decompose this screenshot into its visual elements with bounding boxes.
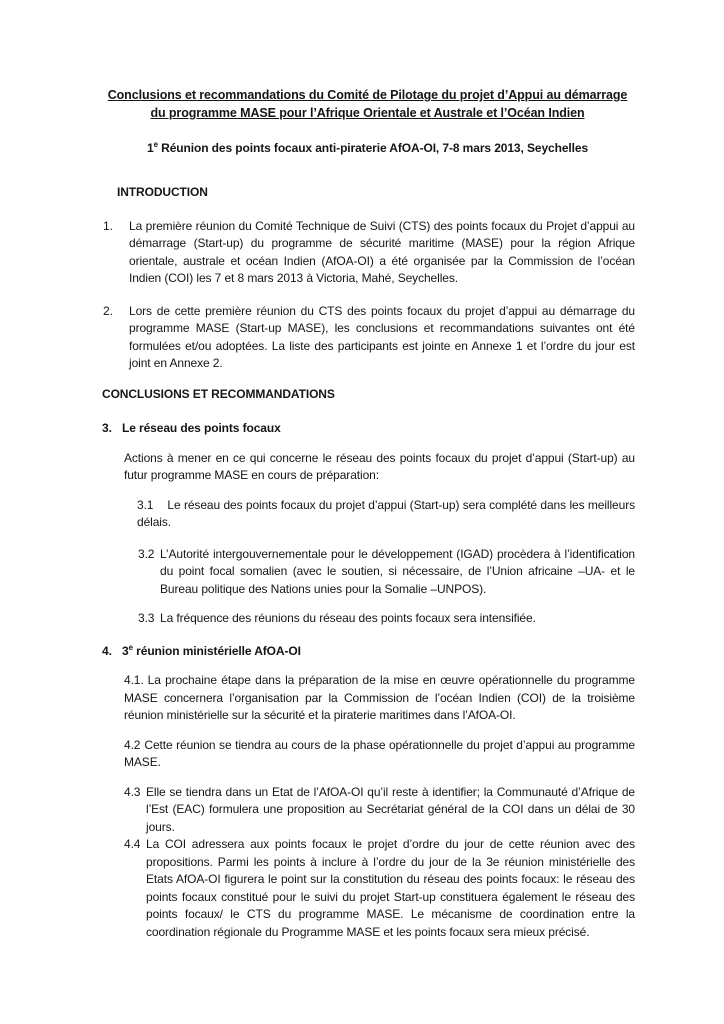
subitem-text: Le réseau des points focaux du projet d’… — [137, 498, 635, 530]
subitem-4-3: 4.3 Elle se tiendra dans un Etat de l’Af… — [124, 784, 635, 837]
section-title: 3e réunion ministérielle AfOA-OI — [122, 643, 635, 661]
subitem-text: Cette réunion se tiendra au cours de la … — [124, 738, 635, 770]
subitem-3-2: 3.2 L’Autorité intergouvernementale pour… — [138, 546, 635, 599]
paragraph-item-2: 2. Lors de cette première réunion du CTS… — [103, 303, 635, 373]
section-title: Le réseau des points focaux — [122, 420, 635, 438]
subitem-number: 3.3 — [138, 610, 160, 628]
subitem-4-4: 4.4 La COI adressera aux points focaux l… — [124, 836, 635, 941]
subitem-4-1: 4.1.La prochaine étape dans la préparati… — [124, 672, 635, 725]
subitem-number: 4.1. — [124, 673, 144, 687]
section-title-number: 3 — [122, 644, 129, 658]
subitem-number: 4.4 — [124, 836, 146, 941]
section-title-text: réunion ministérielle AfOA-OI — [133, 644, 301, 658]
subitem-4-2: 4.2Cette réunion se tiendra au cours de … — [124, 737, 635, 772]
document-page: Conclusions et recommandations du Comité… — [0, 0, 724, 1024]
subitem-3-3: 3.3 La fréquence des réunions du réseau … — [138, 610, 635, 628]
item-number: 1. — [103, 218, 129, 288]
subtitle-number: 1 — [147, 141, 154, 155]
section-number: 4. — [102, 643, 122, 661]
section-number: 3. — [102, 420, 122, 438]
paragraph-item-1: 1. La première réunion du Comité Techniq… — [103, 218, 635, 288]
item-text: La première réunion du Comité Technique … — [129, 218, 635, 288]
subitem-number: 3.1 — [137, 498, 153, 512]
subtitle-text: Réunion des points focaux anti-piraterie… — [158, 141, 588, 155]
section-3-intro-text: Actions à mener en ce qui concerne le ré… — [124, 450, 635, 485]
section-heading-introduction: INTRODUCTION — [117, 184, 635, 202]
subitem-number: 4.3 — [124, 784, 146, 837]
document-subtitle: 1e Réunion des points focaux anti-pirate… — [100, 139, 635, 157]
item-text: Lors de cette première réunion du CTS de… — [129, 303, 635, 373]
subitem-text: L’Autorité intergouvernementale pour le … — [160, 546, 635, 599]
subitem-3-1: 3.1Le réseau des points focaux du projet… — [137, 497, 635, 532]
subitem-text: Elle se tiendra dans un Etat de l’AfOA-O… — [146, 784, 635, 837]
section-4-heading: 4. 3e réunion ministérielle AfOA-OI — [102, 643, 635, 661]
document-title: Conclusions et recommandations du Comité… — [106, 86, 629, 122]
subitem-number: 4.2 — [124, 738, 140, 752]
section-heading-conclusions: CONCLUSIONS ET RECOMMANDATIONS — [102, 386, 635, 404]
section-3-heading: 3. Le réseau des points focaux — [102, 420, 635, 438]
subitem-number: 3.2 — [138, 546, 160, 599]
item-number: 2. — [103, 303, 129, 373]
subitem-text: La fréquence des réunions du réseau des … — [160, 610, 635, 628]
subitem-text: La prochaine étape dans la préparation d… — [124, 673, 635, 722]
subitem-text: La COI adressera aux points focaux le pr… — [146, 836, 635, 941]
